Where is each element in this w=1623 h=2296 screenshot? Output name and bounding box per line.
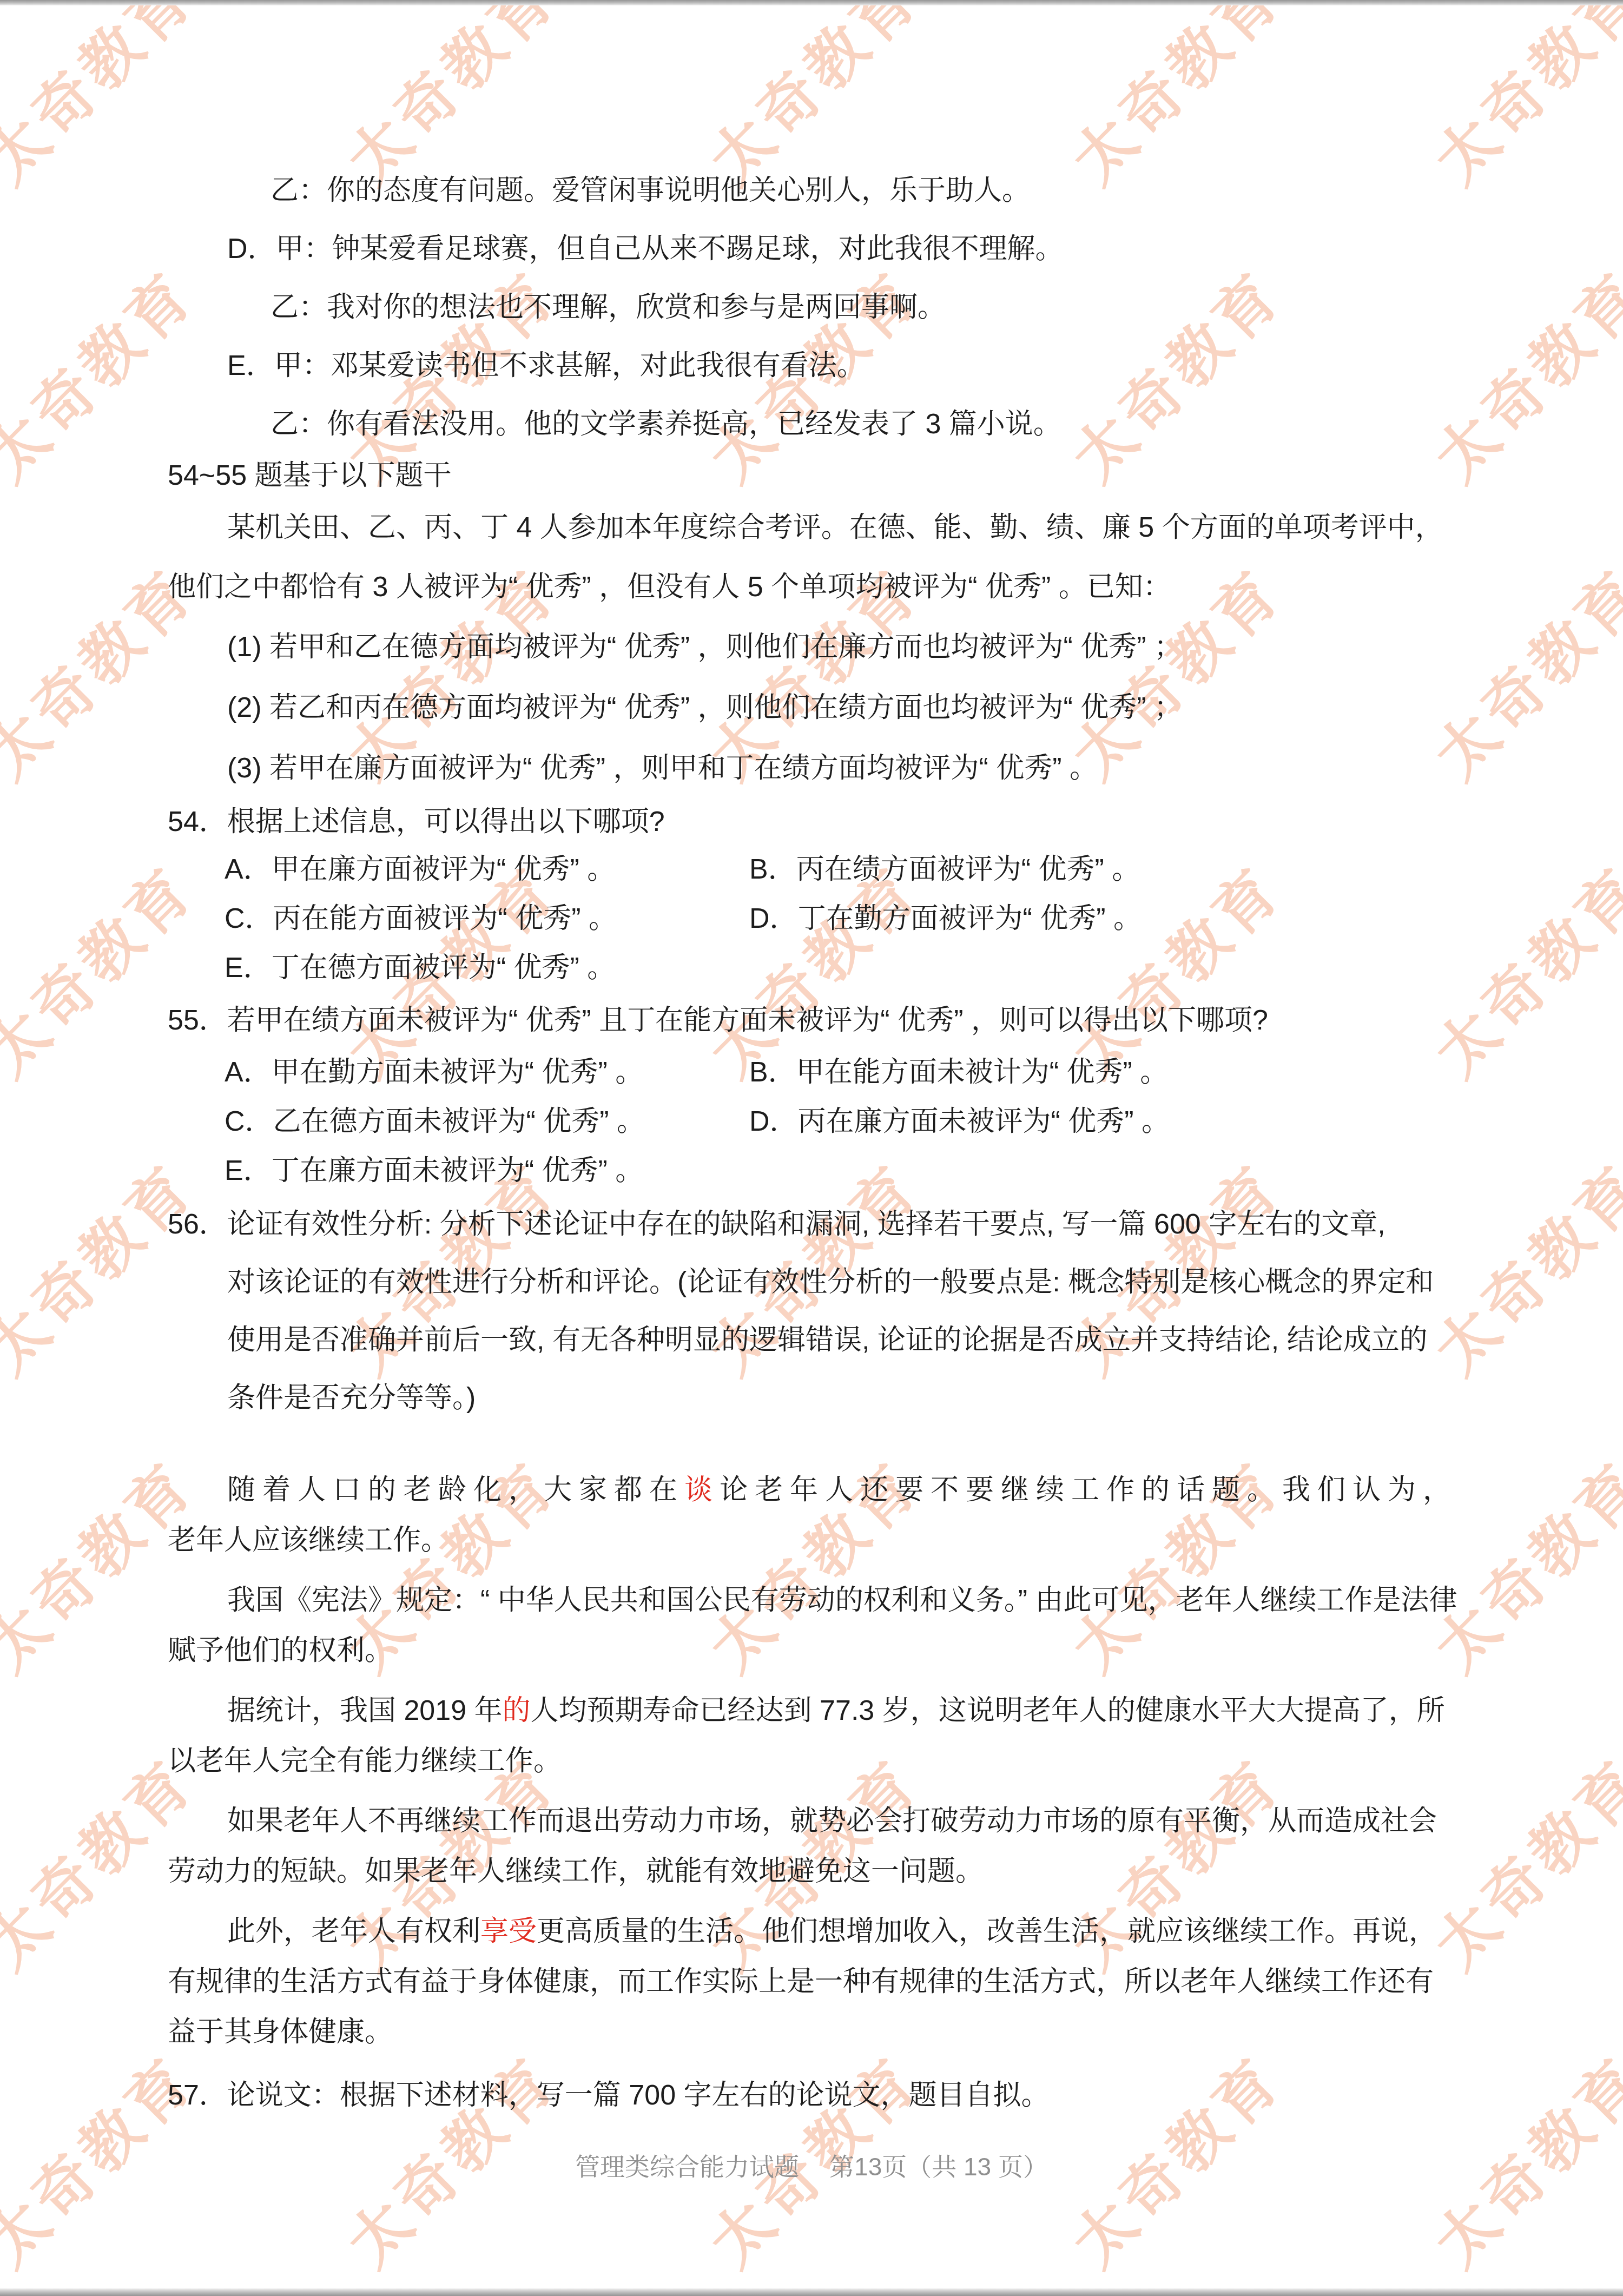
question-55-options-row: C．乙在德方面未被评为“ 优秀” 。 D．丙在廉方面未被评为“ 优秀” 。 bbox=[168, 1097, 1458, 1146]
essay-paragraph-5-line: 有规律的生活方式有益于身体健康，而工作实际上是一种有规律的生活方式，所以老年人继… bbox=[168, 1957, 1458, 2007]
question-54-options-row: A．甲在廉方面被评为“ 优秀” 。 B．丙在绩方面被评为“ 优秀” 。 bbox=[168, 845, 1458, 894]
essay-paragraph-5-line: 益于其身体健康。 bbox=[168, 2007, 1458, 2057]
condition-line-3: (3) 若甲在廉方面被评为“ 优秀” ，则甲和丁在绩方面均被评为“ 优秀” 。 bbox=[168, 738, 1458, 799]
option-55-D: D．丙在廉方面未被评为“ 优秀” 。 bbox=[749, 1097, 1458, 1146]
option-54-E: E．丁在德方面被评为“ 优秀” 。 bbox=[225, 944, 749, 993]
option-54-D: D．丁在勤方面被评为“ 优秀” 。 bbox=[749, 894, 1458, 944]
dialog-line: 乙：我对你的想法也不理解，欣赏和参与是两回事啊。 bbox=[168, 278, 1458, 337]
question-56-line: 条件是否充分等等。) bbox=[168, 1369, 1458, 1427]
essay-text: 随着人口的老龄化，大家都在 bbox=[227, 1474, 684, 1506]
question-54-options-row: E．丁在德方面被评为“ 优秀” 。 bbox=[168, 944, 1458, 993]
option-54-A: A．甲在廉方面被评为“ 优秀” 。 bbox=[225, 845, 749, 894]
page-bottom-edge-line bbox=[0, 2288, 1623, 2296]
essay-text: 人均预期寿命已经达到 77.3 岁，这说明老年人的健康水平大大提高了，所 bbox=[531, 1695, 1445, 1726]
question-56-line: 56．论证有效性分析: 分析下述论证中存在的缺陷和漏洞, 选择若干要点, 写一篇… bbox=[168, 1196, 1458, 1253]
essay-text: 更高质量的生活。他们想增加收入，改善生活，就应该继续工作。再说， bbox=[537, 1916, 1437, 1947]
question-55-stem: 55．若甲在绩方面未被评为“ 优秀” 且丁在能方面未被评为“ 优秀” ，则可以得… bbox=[168, 993, 1458, 1048]
question-56-line: 使用是否准确并前后一致, 有无各种明显的逻辑错误, 论证的论据是否成立并支持结论… bbox=[168, 1311, 1458, 1369]
essay-paragraph-1-line: 老年人应该继续工作。 bbox=[168, 1515, 1458, 1566]
argument-essay-material: 随着人口的老龄化，大家都在谈论老年人还要不要继续工作的话题。我们认为， 老年人应… bbox=[168, 1465, 1458, 2057]
option-55-E: E．丁在廉方面未被评为“ 优秀” 。 bbox=[225, 1146, 749, 1196]
exam-page: 太奇教育太奇教育太奇教育太奇教育太奇教育太奇教育太奇教育太奇教育太奇教育太奇教育… bbox=[0, 0, 1623, 2296]
essay-text: 论老年人还要不要继续工作的话题。我们认为， bbox=[720, 1474, 1458, 1506]
dialog-line: D．甲：钟某爱看足球赛，但自己从来不踢足球，对此我很不理解。 bbox=[168, 220, 1458, 278]
question-53-dialog-block: 乙：你的态度有问题。爱管闲事说明他关心别人，乐于助人。 D．甲：钟某爱看足球赛，… bbox=[168, 161, 1458, 453]
dialog-line: E．甲：邓某爱读书但不求甚解，对此我很有看法。 bbox=[168, 337, 1458, 395]
footer-doc-title: 管理类综合能力试题 bbox=[575, 2153, 799, 2181]
question-57-stem: 57．论说文：根据下述材料，写一篇 700 字左右的论说文，题目自拟。 bbox=[168, 2069, 1458, 2121]
essay-paragraph-3-line: 以老年人完全有能力继续工作。 bbox=[168, 1736, 1458, 1786]
essay-paragraph-2-line: 我国《宪法》规定：“ 中华人民共和国公民有劳动的权利和义务。” 由此可见，老年人… bbox=[168, 1575, 1458, 1626]
dialog-line: 乙：你的态度有问题。爱管闲事说明他关心别人，乐于助人。 bbox=[168, 161, 1458, 220]
question-56-block: 56．论证有效性分析: 分析下述论证中存在的缺陷和漏洞, 选择若干要点, 写一篇… bbox=[168, 1196, 1458, 1427]
condition-line-1: (1) 若甲和乙在德方面均被评为“ 优秀” ，则他们在廉方而也均被评为“ 优秀”… bbox=[168, 617, 1458, 677]
dialog-line: 乙：你有看法没用。他的文学素养挺高，已经发表了 3 篇小说。 bbox=[168, 395, 1458, 453]
essay-paragraph-1-line: 随着人口的老龄化，大家都在谈论老年人还要不要继续工作的话题。我们认为， bbox=[168, 1465, 1458, 1515]
essay-paragraph-5-line: 此外，老年人有权利享受更高质量的生活。他们想增加收入，改善生活，就应该继续工作。… bbox=[168, 1906, 1458, 1957]
footer-page-number: 第13页（共 13 页） bbox=[829, 2153, 1048, 2181]
option-54-B: B．丙在绩方面被评为“ 优秀” 。 bbox=[749, 845, 1458, 894]
option-54-C: C．丙在能方面被评为“ 优秀” 。 bbox=[225, 894, 749, 944]
condition-line-2: (2) 若乙和丙在德方面均被评为“ 优秀” ，则他们在绩方面也均被评为“ 优秀”… bbox=[168, 677, 1458, 738]
essay-text: 据统计，我国 2019 年 bbox=[227, 1695, 503, 1726]
page-footer: 管理类综合能力试题第13页（共 13 页） bbox=[0, 2150, 1623, 2183]
red-highlight: 的 bbox=[503, 1695, 531, 1726]
page-top-edge-line bbox=[0, 0, 1623, 5]
option-55-B: B．甲在能方面未被计为“ 优秀” 。 bbox=[749, 1048, 1458, 1097]
question-group-header: 54~55 题基于以下题干 bbox=[168, 453, 1458, 498]
essay-text: 此外，老年人有权利 bbox=[227, 1916, 480, 1947]
red-highlight: 享受 bbox=[480, 1916, 537, 1947]
essay-paragraph-4-line: 劳动力的短缺。如果老年人继续工作，就能有效地避免这一问题。 bbox=[168, 1846, 1458, 1897]
stem-line: 某机关田、乙、丙、丁 4 人参加本年度综合考评。在德、能、勤、绩、廉 5 个方面… bbox=[168, 498, 1458, 557]
option-55-A: A．甲在勤方面未被评为“ 优秀” 。 bbox=[225, 1048, 749, 1097]
question-54-stem: 54．根据上述信息，可以得出以下哪项? bbox=[168, 799, 1458, 845]
option-55-C: C．乙在德方面未被评为“ 优秀” 。 bbox=[225, 1097, 749, 1146]
essay-paragraph-3-line: 据统计，我国 2019 年的人均预期寿命已经达到 77.3 岁，这说明老年人的健… bbox=[168, 1686, 1458, 1736]
page-content: 乙：你的态度有问题。爱管闲事说明他关心别人，乐于助人。 D．甲：钟某爱看足球赛，… bbox=[168, 161, 1458, 2121]
question-54-options-row: C．丙在能方面被评为“ 优秀” 。 D．丁在勤方面被评为“ 优秀” 。 bbox=[168, 894, 1458, 944]
essay-paragraph-2-line: 赋予他们的权利。 bbox=[168, 1626, 1458, 1676]
essay-paragraph-4-line: 如果老年人不再继续工作而退出劳动力市场，就势必会打破劳动力市场的原有平衡，从而造… bbox=[168, 1796, 1458, 1846]
red-highlight: 谈 bbox=[684, 1474, 720, 1506]
stem-line: 他们之中都恰有 3 人被评为“ 优秀” ，但没有人 5 个单项均被评为“ 优秀”… bbox=[168, 557, 1458, 617]
question-56-line: 对该论证的有效性进行分析和评论。(论证有效性分析的一般要点是: 概念特别是核心概… bbox=[168, 1253, 1458, 1311]
question-55-options-row: A．甲在勤方面未被评为“ 优秀” 。 B．甲在能方面未被计为“ 优秀” 。 bbox=[168, 1048, 1458, 1097]
question-55-options-row: E．丁在廉方面未被评为“ 优秀” 。 bbox=[168, 1146, 1458, 1196]
